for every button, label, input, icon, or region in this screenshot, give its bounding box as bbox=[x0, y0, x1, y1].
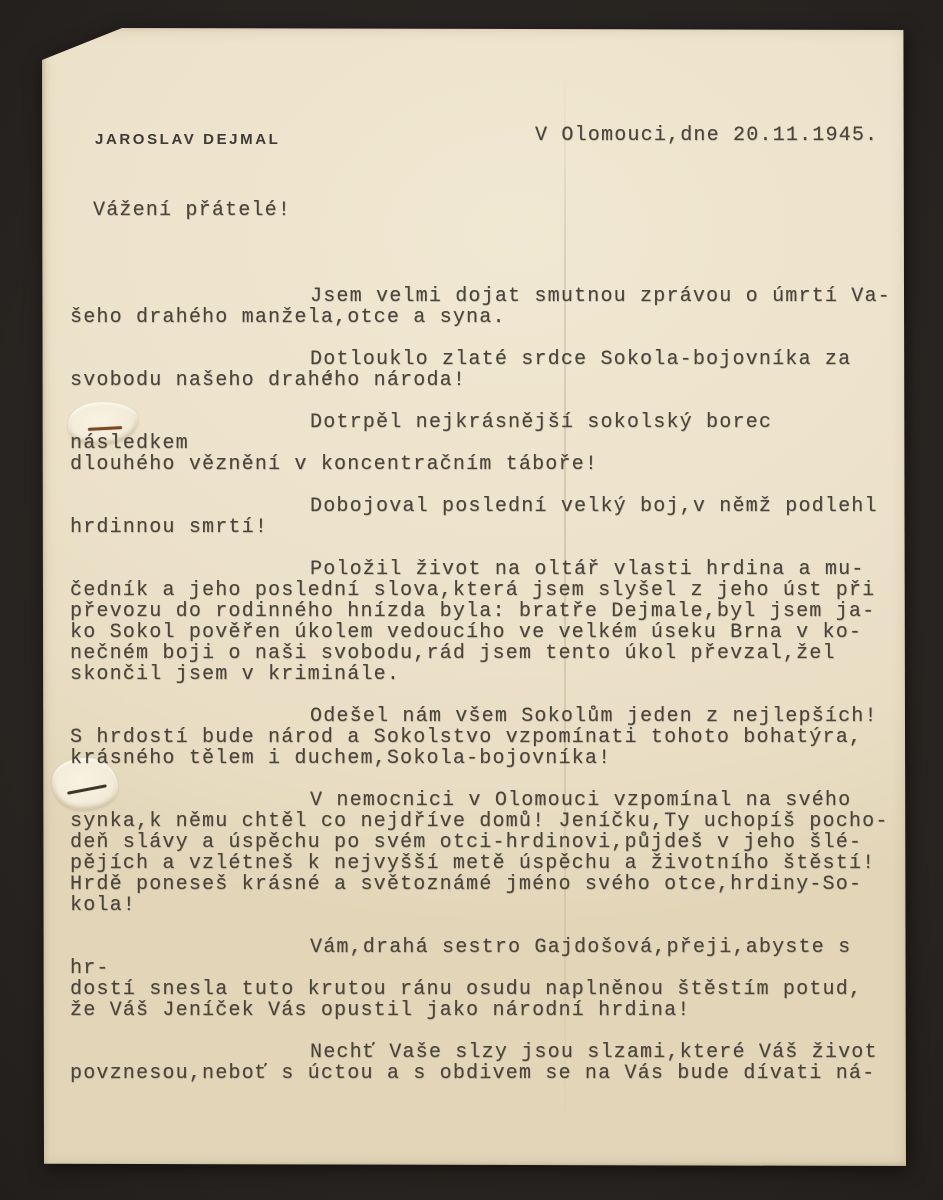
letter-paragraph: V nemocnici v Olomouci vzpomínal na svéh… bbox=[70, 790, 892, 916]
letter-paragraph: Odešel nám všem Sokolům jeden z nejlepší… bbox=[70, 706, 892, 769]
photo-backdrop: JAROSLAV DEJMAL V Olomouci,dne 20.11.194… bbox=[0, 0, 943, 1200]
letter-page-wrapper: JAROSLAV DEJMAL V Olomouci,dne 20.11.194… bbox=[42, 28, 906, 1166]
letter-paragraph: Nechť Vaše slzy jsou slzami,které Váš ži… bbox=[70, 1042, 892, 1084]
letter-paragraph: Jsem velmi dojat smutnou zprávou o úmrtí… bbox=[70, 286, 892, 328]
salutation: Vážení přátelé! bbox=[93, 199, 291, 222]
date-line: V Olomouci,dne 20.11.1945. bbox=[535, 124, 878, 147]
letter-body: Jsem velmi dojat smutnou zprávou o úmrtí… bbox=[70, 286, 892, 1105]
letter-paragraph: Vám,drahá sestro Gajdošová,přeji,abyste … bbox=[70, 937, 892, 1021]
letter-page: JAROSLAV DEJMAL V Olomouci,dne 20.11.194… bbox=[42, 28, 906, 1166]
letter-paragraph: Dotlouklo zlaté srdce Sokola-bojovníka z… bbox=[70, 349, 892, 391]
letter-paragraph: Dotrpěl nejkrásnější sokolský borec násl… bbox=[70, 412, 892, 475]
letterhead-name: JAROSLAV DEJMAL bbox=[95, 131, 280, 148]
letter-paragraph: Položil život na oltář vlasti hrdina a m… bbox=[70, 559, 892, 685]
letter-paragraph: Dobojoval poslední velký boj,v němž podl… bbox=[70, 496, 892, 538]
letter-header-row: JAROSLAV DEJMAL V Olomouci,dne 20.11.194… bbox=[42, 124, 906, 154]
